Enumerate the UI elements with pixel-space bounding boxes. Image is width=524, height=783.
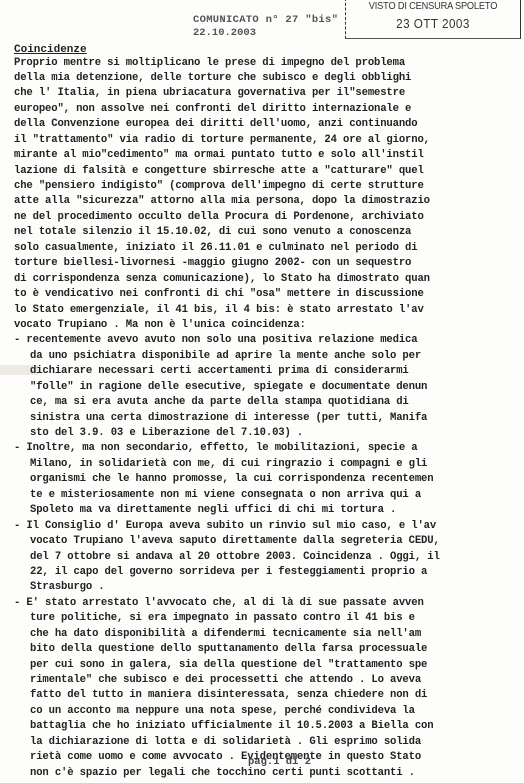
text-line: dichiarare necessari certi accertamenti … xyxy=(14,364,514,379)
text-line: - Il Consiglio d' Europa aveva subito un… xyxy=(14,519,514,534)
text-line: vocato Trupiano . Ma non è l'unica coinc… xyxy=(14,318,514,333)
text-line: atte alla "sicurezza" attorno alla mia p… xyxy=(14,194,514,209)
text-line: - E' stato arrestato l'avvocato che, al … xyxy=(14,596,514,611)
page-number: pag.1 di 2 xyxy=(248,756,311,768)
text-line: di corrispondenza senza comunicazione), … xyxy=(14,272,514,287)
text-line: nel totale silenzio il 15.10.02, di cui … xyxy=(14,225,514,240)
text-line: Strasburgo . xyxy=(14,580,514,595)
text-line: "folle" in ragione delle esecutive, spie… xyxy=(14,380,514,395)
stamp-date: 23 OTT 2003 xyxy=(355,16,512,31)
stamp-title: VISTO DI CENSURA SPOLETO xyxy=(356,0,509,12)
text-line: da uno psichiatra disponibile ad aprire … xyxy=(14,349,514,364)
text-line: sinistra una certa dimostrazione di inte… xyxy=(14,411,514,426)
text-line: lo Stato emergenziale, il 41 bis, il 4 b… xyxy=(14,303,514,318)
text-line: to è vendicativo nei confronti di chi "o… xyxy=(14,287,514,302)
text-line: solo casualmente, iniziato il 26.11.01 e… xyxy=(14,241,514,256)
text-line: - Inoltre, ma non secondario, effetto, l… xyxy=(14,441,514,456)
text-line: sto del 3.9. 03 e Liberazione del 7.10.0… xyxy=(14,426,514,441)
section-heading: Coincidenze xyxy=(14,44,87,56)
text-line: ce, ma si era avuta anche da parte della… xyxy=(14,395,514,410)
text-line: te e misteriosamente non mi viene conseg… xyxy=(14,488,514,503)
scanned-document-page: VISTO DI CENSURA SPOLETO 23 OTT 2003 COM… xyxy=(0,0,524,783)
text-line: bito della questione dello sputtanamento… xyxy=(14,642,514,657)
text-line: lazione di falsità e congetture sbirresc… xyxy=(14,164,514,179)
text-line: che ha dato disponibilità a difendermi t… xyxy=(14,627,514,642)
text-line: battaglia che ho iniziato ufficialmente … xyxy=(14,719,514,734)
text-line: della Convenzione europea dei diritti de… xyxy=(14,117,514,132)
text-line: per cui sono in galera, sia della questi… xyxy=(14,658,514,673)
communique-date: 22.10.2003 xyxy=(193,27,256,39)
text-line: del 7 ottobre si andava al 20 ottobre 20… xyxy=(14,550,514,565)
text-line: ture politiche, si era impegnato in pass… xyxy=(14,611,514,626)
text-line: Spoleto ma va direttamente negli uffici … xyxy=(14,503,514,518)
communique-title: COMUNICATO n° 27 "bis" xyxy=(193,14,338,26)
text-line: organismi che le hanno promosse, la cui … xyxy=(14,472,514,487)
censorship-stamp: VISTO DI CENSURA SPOLETO 23 OTT 2003 xyxy=(345,0,521,39)
text-line: ne del procedimento occulto della Procur… xyxy=(14,210,514,225)
text-line: rimentale" che subisco e dei processetti… xyxy=(14,673,514,688)
text-line: 22, il capo del governo sorrideva per i … xyxy=(14,565,514,580)
text-line: torture biellesi-livornesi -maggio giugn… xyxy=(14,256,514,271)
text-line: la dichiarazione di lotta e di solidarie… xyxy=(14,735,514,750)
text-line: che "pensiero indigisto" (comprova dell'… xyxy=(14,179,514,194)
text-line: - recentemente avevo avuto non solo una … xyxy=(14,333,514,348)
text-line: che l' Italia, in piena ubriacatura gove… xyxy=(14,86,514,101)
text-line: Milano, in solidarietà con me, di cui ri… xyxy=(14,457,514,472)
text-line: mirante al mio"cedimento" ma ormai punta… xyxy=(14,148,514,163)
text-line: fatto del tutto in maniera disinteressat… xyxy=(14,688,514,703)
text-line: co un acconto ma neppure una nota spese,… xyxy=(14,704,514,719)
body-text: Proprio mentre si moltiplicano le prese … xyxy=(14,56,514,782)
text-line: il "trattamento" via radio di torture pe… xyxy=(14,133,514,148)
text-line: europeo", non assolve nei confronti del … xyxy=(14,102,514,117)
text-line: Proprio mentre si moltiplicano le prese … xyxy=(14,56,514,71)
text-line: vocato Trupiano l'aveva saputo direttame… xyxy=(14,534,514,549)
text-line: della mia detenzione, delle torture che … xyxy=(14,71,514,86)
